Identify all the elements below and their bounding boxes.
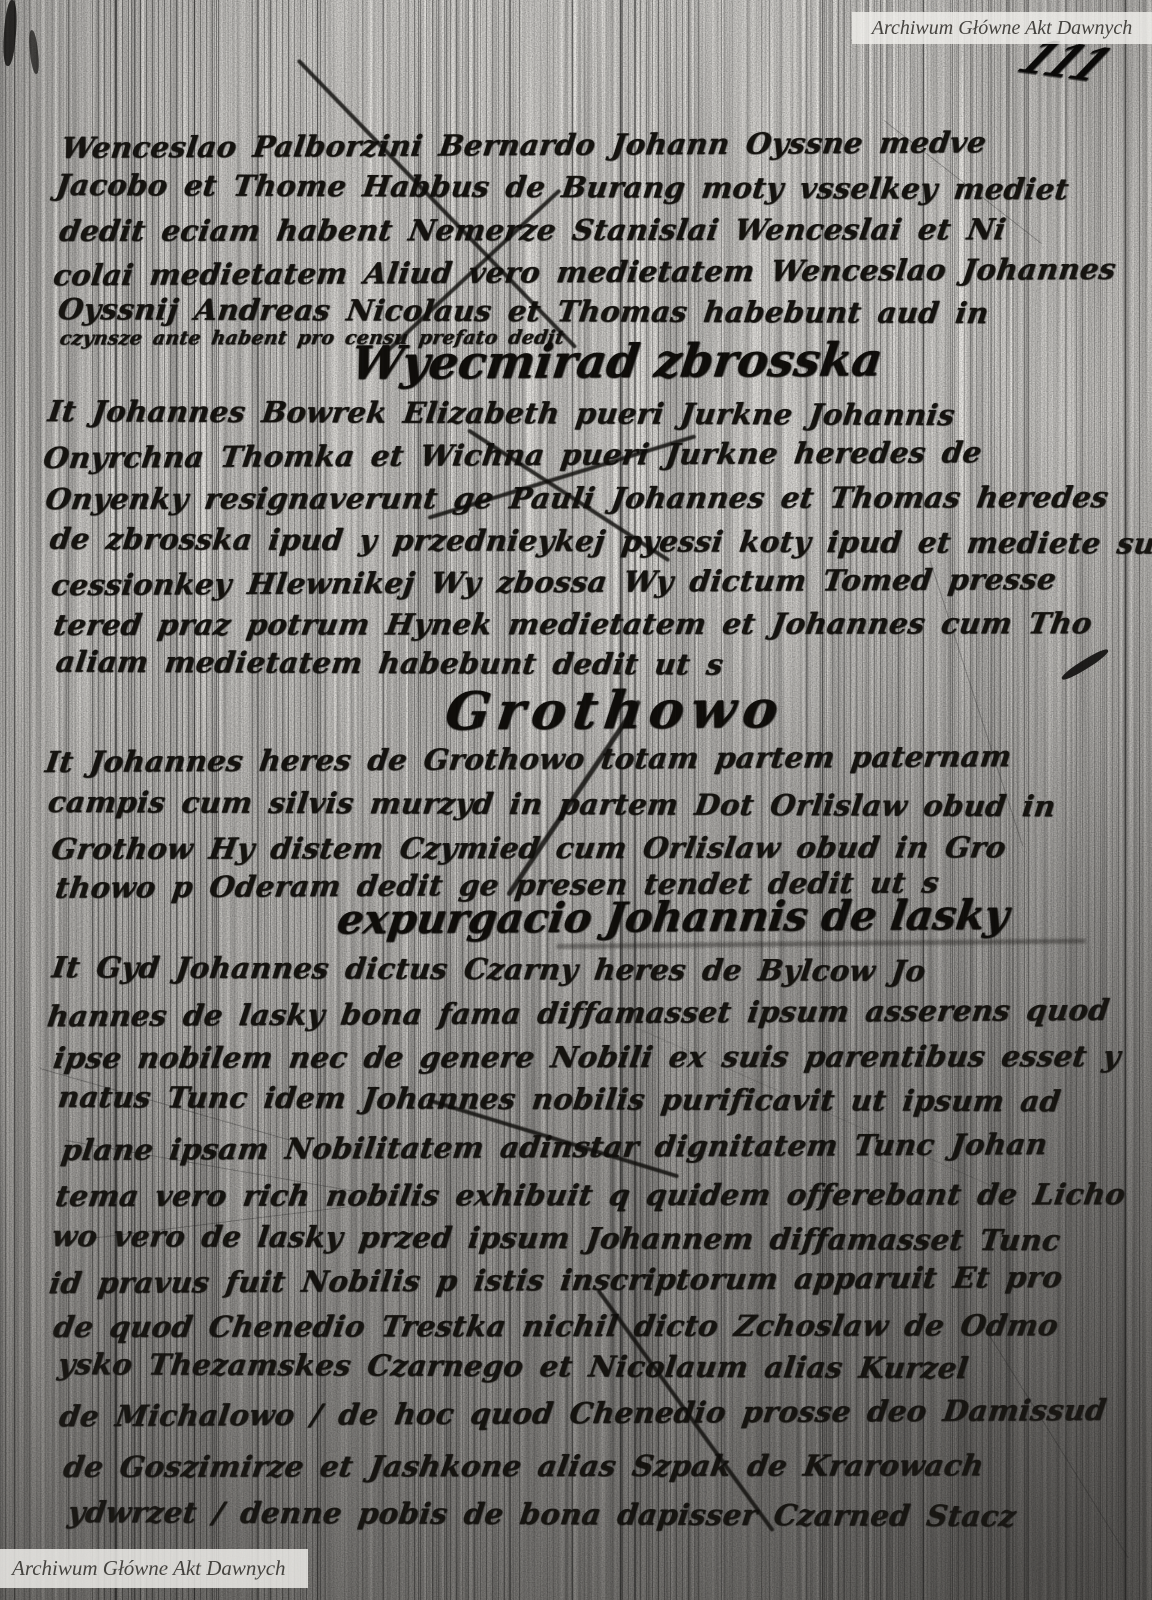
- manuscript-line: de zbrosska ipud y przednieykej pyessi k…: [48, 522, 1152, 561]
- manuscript-scan-page: Wenceslao Palborzini Bernardo Johann Oys…: [0, 0, 1152, 1600]
- manuscript-line: aliam medietatem habebunt dedit ut s: [54, 645, 725, 682]
- manuscript-line: plane ipsam Nobilitatem adinstar dignita…: [59, 1127, 1049, 1167]
- manuscript-text-layer: Wenceslao Palborzini Bernardo Johann Oys…: [0, 0, 1152, 1600]
- archive-watermark-bottom: Archiwum Główne Akt Dawnych: [0, 1549, 308, 1588]
- manuscript-line: Onyrchna Thomka et Wichna pueri Jurkne h…: [41, 435, 984, 475]
- manuscript-line: Jacobo et Thome Habbus de Burang moty vs…: [54, 168, 1071, 206]
- manuscript-line: Grothow Hy distem Czymied cum Orlislaw o…: [49, 830, 1008, 866]
- manuscript-line: tema vero rich nobilis exhibuit q quidem…: [53, 1177, 1128, 1213]
- manuscript-line: wo vero de lasky przed ipsum Johannem di…: [50, 1219, 1062, 1257]
- manuscript-line: cessionkey Hlewnikej Wy zbossa Wy dictum…: [49, 562, 1058, 602]
- manuscript-line: natus Tunc idem Johannes nobilis purific…: [56, 1080, 1063, 1118]
- manuscript-line: ipse nobilem nec de genere Nobili ex sui…: [51, 1039, 1123, 1075]
- manuscript-line: Onyenky resignaverunt ge Pauli Johannes …: [43, 480, 1111, 516]
- archive-watermark-label: Archiwum Główne Akt Dawnych: [12, 1556, 286, 1581]
- manuscript-line: tered praz potrum Hynek medietatem et Jo…: [51, 606, 1094, 642]
- manuscript-line: campis cum silvis murzyd in partem Dot O…: [46, 785, 1058, 823]
- manuscript-line: It Johannes heres de Grothowo totam part…: [43, 739, 1013, 779]
- manuscript-line: hannes de lasky bona fama diffamasset ip…: [45, 993, 1111, 1033]
- manuscript-line: Wenceslao Palborzini Bernardo Johann Oys…: [59, 125, 988, 165]
- manuscript-line: ysko Thezamskes Czarnego et Nicolaum ali…: [56, 1347, 970, 1385]
- section-heading-zbrosska: Wyecmirad zbrosska: [348, 332, 885, 390]
- manuscript-line: dedit eciam habent Nemerze Stanislai Wen…: [57, 212, 1008, 248]
- manuscript-line: It Gyd Johannes dictus Czarny heres de B…: [50, 950, 928, 988]
- manuscript-line: de quod Chenedio Trestka nichil dicto Zc…: [51, 1308, 1060, 1344]
- manuscript-line: It Johannes Bowrek Elizabeth pueri Jurkn…: [46, 394, 957, 432]
- archive-watermark-top: Archiwum Główne Akt Dawnych: [852, 12, 1152, 44]
- manuscript-line: colai medietatem Aliud vero medietatem W…: [51, 252, 1118, 292]
- manuscript-line: Oyssnij Andreas Nicolaus et Thomas habeb…: [56, 292, 991, 330]
- manuscript-line: de Goszimirze et Jashkone alias Szpak de…: [61, 1448, 986, 1484]
- manuscript-line: de Michalowo / de hoc quod Chenedio pros…: [57, 1393, 1108, 1433]
- manuscript-line: ydwrzet / denne pobis de bona dapisser C…: [66, 1495, 1018, 1533]
- section-heading-expurgacio: expurgacio Johannis de lasky: [334, 891, 1011, 944]
- section-heading-grothowo: Grothowo: [442, 679, 789, 742]
- manuscript-line: id pravus fuit Nobilis p istis inscripto…: [47, 1260, 1064, 1300]
- archive-watermark-label: Archiwum Główne Akt Dawnych: [872, 17, 1133, 40]
